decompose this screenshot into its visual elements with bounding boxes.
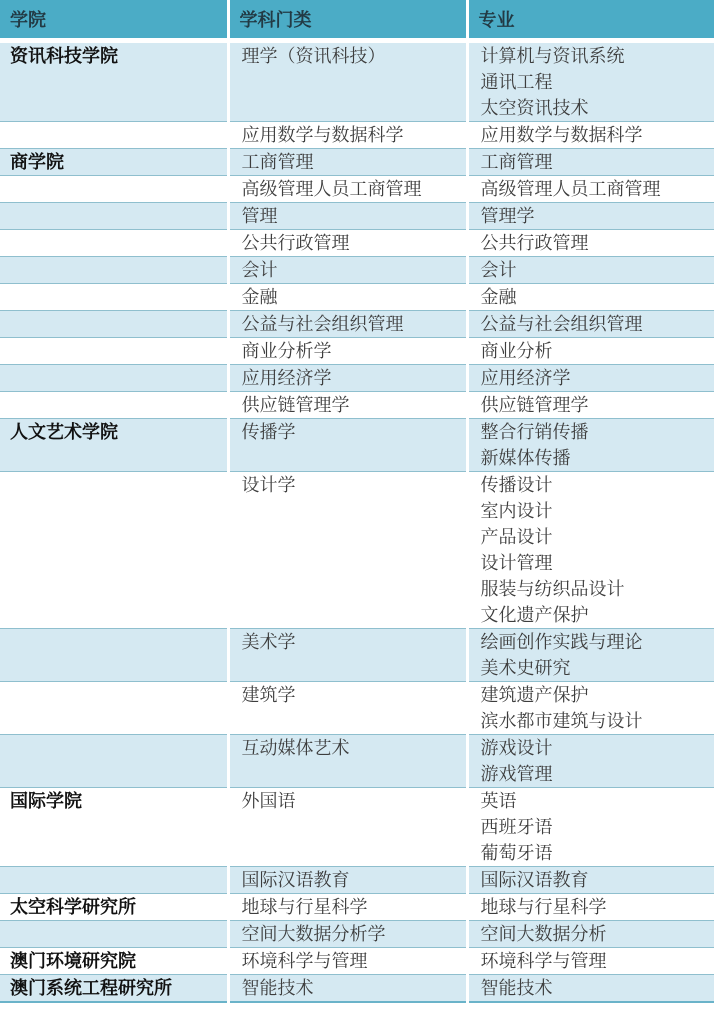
major-line: 英语 — [481, 788, 709, 814]
column-header-major: 专业 — [467, 0, 714, 40]
major-line: 滨水都市建筑与设计 — [481, 708, 709, 734]
major-line: 应用数学与数据科学 — [481, 122, 709, 148]
discipline-cell: 公共行政管理 — [228, 229, 467, 256]
table-row: 高级管理人员工商管理高级管理人员工商管理 — [0, 175, 714, 202]
discipline-cell: 理学（资讯科技） — [228, 40, 467, 121]
table-row: 美术学绘画创作实践与理论美术史研究 — [0, 628, 714, 681]
major-line: 新媒体传播 — [481, 445, 709, 471]
major-line: 太空资讯技术 — [481, 95, 709, 121]
major-line: 产品设计 — [481, 524, 709, 550]
majors-cell: 公共行政管理 — [467, 229, 714, 256]
table-row: 设计学传播设计室内设计产品设计设计管理服装与纺织品设计文化遗产保护 — [0, 471, 714, 628]
discipline-cell: 传播学 — [228, 418, 467, 471]
major-line: 应用经济学 — [481, 365, 709, 391]
majors-cell: 供应链管理学 — [467, 391, 714, 418]
majors-cell: 会计 — [467, 256, 714, 283]
discipline-cell: 环境科学与管理 — [228, 947, 467, 974]
college-cell: 资讯科技学院 — [0, 40, 228, 121]
table-row: 商业分析学商业分析 — [0, 337, 714, 364]
major-line: 游戏设计 — [481, 735, 709, 761]
major-line: 国际汉语教育 — [481, 867, 709, 893]
college-cell — [0, 121, 228, 148]
discipline-cell: 建筑学 — [228, 681, 467, 734]
table-row: 供应链管理学供应链管理学 — [0, 391, 714, 418]
major-line: 智能技术 — [481, 975, 709, 1001]
major-line: 传播设计 — [481, 472, 709, 498]
majors-cell: 金融 — [467, 283, 714, 310]
college-cell — [0, 628, 228, 681]
major-line: 高级管理人员工商管理 — [481, 176, 709, 202]
college-cell — [0, 337, 228, 364]
discipline-cell: 智能技术 — [228, 974, 467, 1002]
college-cell — [0, 175, 228, 202]
major-line: 商业分析 — [481, 338, 709, 364]
college-cell — [0, 391, 228, 418]
college-cell: 国际学院 — [0, 787, 228, 866]
discipline-cell: 外国语 — [228, 787, 467, 866]
table-row: 公共行政管理公共行政管理 — [0, 229, 714, 256]
majors-cell: 游戏设计游戏管理 — [467, 734, 714, 787]
major-line: 地球与行星科学 — [481, 894, 709, 920]
table-row: 建筑学建筑遗产保护滨水都市建筑与设计 — [0, 681, 714, 734]
college-cell — [0, 734, 228, 787]
table-header: 学院 学科门类 专业 — [0, 0, 714, 40]
majors-cell: 公益与社会组织管理 — [467, 310, 714, 337]
college-cell — [0, 310, 228, 337]
college-cell — [0, 202, 228, 229]
table-row: 管理管理学 — [0, 202, 714, 229]
discipline-cell: 应用数学与数据科学 — [228, 121, 467, 148]
majors-cell: 应用经济学 — [467, 364, 714, 391]
major-line: 美术史研究 — [481, 655, 709, 681]
column-header-college: 学院 — [0, 0, 228, 40]
college-cell — [0, 920, 228, 947]
major-line: 公共行政管理 — [481, 230, 709, 256]
college-cell: 商学院 — [0, 148, 228, 175]
table-row: 公益与社会组织管理公益与社会组织管理 — [0, 310, 714, 337]
programs-table: 学院 学科门类 专业 资讯科技学院理学（资讯科技）计算机与资讯系统通讯工程太空资… — [0, 0, 714, 1003]
majors-cell: 绘画创作实践与理论美术史研究 — [467, 628, 714, 681]
table-row: 人文艺术学院传播学整合行销传播新媒体传播 — [0, 418, 714, 471]
discipline-cell: 设计学 — [228, 471, 467, 628]
majors-cell: 建筑遗产保护滨水都市建筑与设计 — [467, 681, 714, 734]
major-line: 室内设计 — [481, 498, 709, 524]
major-line: 管理学 — [481, 203, 709, 229]
major-line: 空间大数据分析 — [481, 921, 709, 947]
college-cell — [0, 681, 228, 734]
major-line: 供应链管理学 — [481, 392, 709, 418]
table-row: 应用数学与数据科学应用数学与数据科学 — [0, 121, 714, 148]
table-row: 澳门系统工程研究所智能技术智能技术 — [0, 974, 714, 1002]
college-cell — [0, 471, 228, 628]
college-cell — [0, 866, 228, 893]
majors-cell: 环境科学与管理 — [467, 947, 714, 974]
majors-cell: 地球与行星科学 — [467, 893, 714, 920]
discipline-cell: 供应链管理学 — [228, 391, 467, 418]
majors-cell: 整合行销传播新媒体传播 — [467, 418, 714, 471]
majors-cell: 智能技术 — [467, 974, 714, 1002]
majors-cell: 高级管理人员工商管理 — [467, 175, 714, 202]
discipline-cell: 高级管理人员工商管理 — [228, 175, 467, 202]
header-row: 学院 学科门类 专业 — [0, 0, 714, 40]
major-line: 建筑遗产保护 — [481, 682, 709, 708]
table-row: 应用经济学应用经济学 — [0, 364, 714, 391]
discipline-cell: 国际汉语教育 — [228, 866, 467, 893]
college-cell — [0, 283, 228, 310]
major-line: 会计 — [481, 257, 709, 283]
table-row: 互动媒体艺术游戏设计游戏管理 — [0, 734, 714, 787]
table-body: 资讯科技学院理学（资讯科技）计算机与资讯系统通讯工程太空资讯技术应用数学与数据科… — [0, 40, 714, 1002]
majors-cell: 计算机与资讯系统通讯工程太空资讯技术 — [467, 40, 714, 121]
major-line: 绘画创作实践与理论 — [481, 629, 709, 655]
discipline-cell: 地球与行星科学 — [228, 893, 467, 920]
table-row: 会计会计 — [0, 256, 714, 283]
major-line: 计算机与资讯系统 — [481, 43, 709, 69]
majors-cell: 管理学 — [467, 202, 714, 229]
college-cell: 澳门系统工程研究所 — [0, 974, 228, 1002]
majors-cell: 传播设计室内设计产品设计设计管理服装与纺织品设计文化遗产保护 — [467, 471, 714, 628]
major-line: 工商管理 — [481, 149, 709, 175]
discipline-cell: 会计 — [228, 256, 467, 283]
major-line: 整合行销传播 — [481, 419, 709, 445]
major-line: 西班牙语 — [481, 814, 709, 840]
college-cell — [0, 229, 228, 256]
discipline-cell: 美术学 — [228, 628, 467, 681]
major-line: 金融 — [481, 284, 709, 310]
majors-cell: 商业分析 — [467, 337, 714, 364]
discipline-cell: 金融 — [228, 283, 467, 310]
discipline-cell: 管理 — [228, 202, 467, 229]
major-line: 公益与社会组织管理 — [481, 311, 709, 337]
discipline-cell: 工商管理 — [228, 148, 467, 175]
college-cell — [0, 256, 228, 283]
table-row: 国际汉语教育国际汉语教育 — [0, 866, 714, 893]
table-row: 资讯科技学院理学（资讯科技）计算机与资讯系统通讯工程太空资讯技术 — [0, 40, 714, 121]
majors-cell: 英语西班牙语葡萄牙语 — [467, 787, 714, 866]
table-row: 国际学院外国语英语西班牙语葡萄牙语 — [0, 787, 714, 866]
major-line: 通讯工程 — [481, 69, 709, 95]
majors-cell: 工商管理 — [467, 148, 714, 175]
table-row: 空间大数据分析学空间大数据分析 — [0, 920, 714, 947]
major-line: 环境科学与管理 — [481, 948, 709, 974]
table-row: 商学院工商管理工商管理 — [0, 148, 714, 175]
college-cell: 人文艺术学院 — [0, 418, 228, 471]
college-cell — [0, 364, 228, 391]
majors-cell: 空间大数据分析 — [467, 920, 714, 947]
college-cell: 澳门环境研究院 — [0, 947, 228, 974]
major-line: 文化遗产保护 — [481, 602, 709, 628]
majors-cell: 应用数学与数据科学 — [467, 121, 714, 148]
major-line: 葡萄牙语 — [481, 840, 709, 866]
table-row: 澳门环境研究院环境科学与管理环境科学与管理 — [0, 947, 714, 974]
discipline-cell: 公益与社会组织管理 — [228, 310, 467, 337]
majors-cell: 国际汉语教育 — [467, 866, 714, 893]
table-row: 太空科学研究所地球与行星科学地球与行星科学 — [0, 893, 714, 920]
college-cell: 太空科学研究所 — [0, 893, 228, 920]
major-line: 设计管理 — [481, 550, 709, 576]
column-header-discipline: 学科门类 — [228, 0, 467, 40]
major-line: 游戏管理 — [481, 761, 709, 787]
discipline-cell: 空间大数据分析学 — [228, 920, 467, 947]
major-line: 服装与纺织品设计 — [481, 576, 709, 602]
discipline-cell: 应用经济学 — [228, 364, 467, 391]
discipline-cell: 互动媒体艺术 — [228, 734, 467, 787]
discipline-cell: 商业分析学 — [228, 337, 467, 364]
table-row: 金融金融 — [0, 283, 714, 310]
